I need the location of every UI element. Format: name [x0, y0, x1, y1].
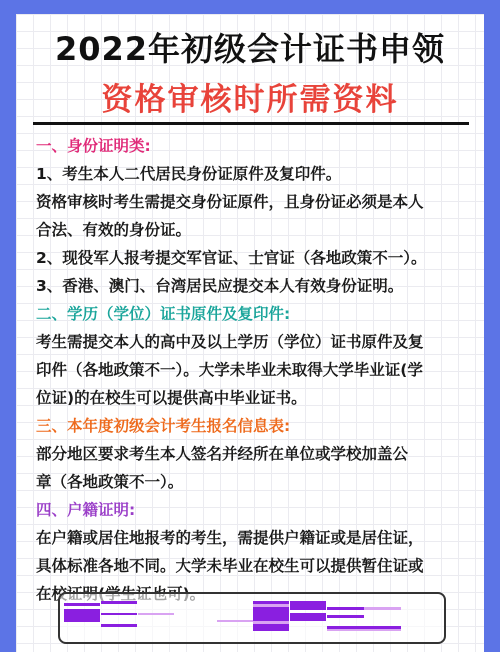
page-subtitle: 资格审核时所需资料 — [16, 74, 484, 119]
section-heading-education: 二、学历（学位）证书原件及复印件: — [36, 300, 476, 328]
section-heading-id: 一、身份证明类: — [36, 132, 476, 160]
section-line: 位证)的在校生可以提供高中毕业证书。 — [36, 384, 476, 412]
section-line: 印件（各地政策不一）。大学未毕业未取得大学毕业证(学 — [36, 356, 476, 384]
section-line: 3、香港、澳门、台湾居民应提交本人有效身份证明。 — [36, 272, 476, 300]
watermark-bar — [217, 620, 253, 622]
section-line: 考生需提交本人的高中及以上学历（学位）证书原件及复 — [36, 328, 476, 356]
content: 一、身份证明类: 1、考生本人二代居民身份证原件及复印件。 资格审核时考生需提交… — [36, 132, 476, 608]
section-heading-household: 四、户籍证明: — [36, 496, 476, 524]
watermark-bar — [364, 607, 401, 610]
watermark-bar — [290, 601, 326, 610]
watermark-bar — [327, 629, 401, 631]
watermark-bar — [101, 624, 137, 627]
section-line: 1、考生本人二代居民身份证原件及复印件。 — [36, 160, 476, 188]
section-line: 2、现役军人报考提交军官证、士官证（各地政策不一）。 — [36, 244, 476, 272]
section-line: 章（各地政策不一）。 — [36, 468, 476, 496]
watermark-bar — [327, 615, 364, 618]
section-line: 资格审核时考生需提交身份证原件，且身份证必须是本人 — [36, 188, 476, 216]
section-line: 部分地区要求考生本人签名并经所在单位或学校加盖公 — [36, 440, 476, 468]
watermark-bar — [64, 609, 100, 622]
watermark-bar — [101, 613, 137, 615]
watermark-bar — [101, 601, 137, 604]
watermark-bar — [290, 613, 326, 621]
watermark-box — [58, 592, 446, 644]
watermark-bar — [138, 613, 174, 615]
section-line: 合法、有效的身份证。 — [36, 216, 476, 244]
watermark-bar — [253, 621, 289, 624]
page-title: 2022年初级会计证书申领 — [16, 24, 484, 70]
document-card: 2022年初级会计证书申领 资格审核时所需资料 一、身份证明类: 1、考生本人二… — [16, 14, 484, 652]
section-line: 具体标准各地不同。大学未毕业在校生可以提供暂住证或 — [36, 552, 476, 580]
watermark-bar — [64, 603, 100, 606]
watermark-bar — [253, 604, 289, 607]
section-line: 在户籍或居住地报考的考生，需提供户籍证或是居住证， — [36, 524, 476, 552]
title-divider — [33, 122, 469, 125]
section-heading-registration-form: 三、本年度初级会计考生报名信息表: — [36, 412, 476, 440]
